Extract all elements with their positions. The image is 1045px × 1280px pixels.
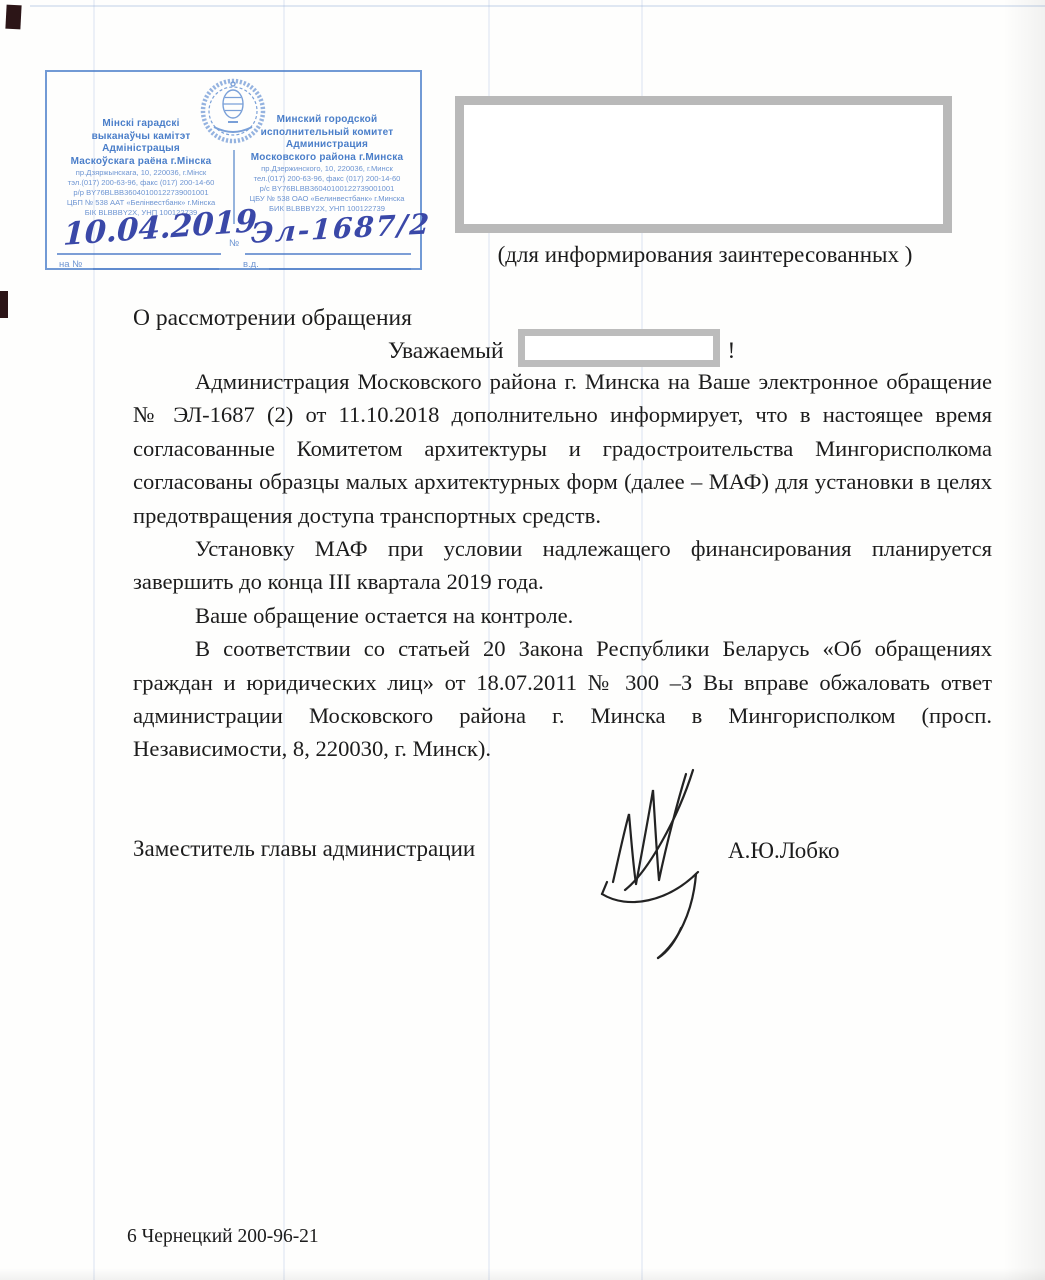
org-address-line: пр.Дзяржынскага, 10, 220036, г.Мінск (51, 168, 231, 178)
org-name-line: Минский городской (237, 114, 417, 127)
letterhead-stamp: Мінскі гарадскі выканаўчы камітэт Адміні… (45, 70, 422, 270)
salutation-prefix: Уважаемый (388, 338, 504, 364)
letter-body: Администрация Московского района г. Минс… (133, 365, 992, 766)
org-name-line: Администрация (237, 139, 417, 152)
org-name-line: Мінскі гарадскі (51, 118, 231, 131)
number-sign-label: № (229, 238, 239, 249)
subject-line: О рассмотрении обращения (133, 305, 412, 332)
incoming-ref-label: на № (59, 259, 82, 270)
org-name-line: выканаўчы камітэт (51, 131, 231, 144)
signer-position-title: Заместитель главы администрации (133, 836, 475, 862)
org-phone-line: тэл.(017) 200-63-96, факс (017) 200-14-6… (51, 178, 231, 188)
vd-underline (269, 268, 411, 270)
signer-name: А.Ю.Лобко (728, 838, 840, 864)
scan-artifact-corner-mark (5, 5, 21, 30)
org-bank-line: ЦБУ № 538 ОАО «Белинвестбанк» г.Минска (237, 194, 417, 204)
scan-artifact-edge-mark (0, 291, 8, 318)
paragraph: Ваше обращение остается на контроле. (133, 599, 992, 632)
incoming-ref-underline (93, 268, 219, 270)
org-account-line: р/р BY76BLBB36040100122739001001 (51, 188, 231, 198)
redacted-address-box (455, 96, 952, 233)
paragraph: Установку МАФ при условии надлежащего фи… (133, 532, 992, 599)
org-phone-line: тел.(017) 200-63-96, факс (017) 200-14-6… (237, 174, 417, 184)
vd-label: в.д. (243, 259, 259, 270)
number-underline (245, 253, 411, 255)
recipient-note: (для информирования заинтересованных ) (450, 242, 960, 268)
scanned-letter-page: Мінскі гарадскі выканаўчы камітэт Адміні… (0, 0, 1045, 1280)
redacted-name-box (518, 329, 720, 367)
scan-edge-shading (0, 1268, 1045, 1280)
letterhead-right-column: Минский городской исполнительный комитет… (237, 114, 417, 214)
salutation-line: Уважаемый! (133, 329, 993, 367)
paragraph: В соответствии со статьей 20 Закона Респ… (133, 632, 992, 766)
org-name-line: Маскоўскага раёна г.Мінска (51, 156, 231, 169)
salutation-suffix: ! (728, 338, 736, 364)
paragraph: Администрация Московского района г. Минс… (133, 365, 992, 532)
org-name-line: исполнительный комитет (237, 127, 417, 140)
date-underline (57, 253, 221, 255)
scan-edge-shading (1003, 0, 1045, 1280)
executor-footer: 6 Чернецкий 200-96-21 (127, 1226, 319, 1248)
scan-artifact-top-line (30, 5, 1045, 7)
org-account-line: р/с BY76BLBB36040100122739001001 (237, 184, 417, 194)
handwritten-signature (596, 760, 726, 972)
letterhead-left-column: Мінскі гарадскі выканаўчы камітэт Адміні… (51, 118, 231, 218)
org-name-line: Адміністрацыя (51, 143, 231, 156)
org-address-line: пр.Дзержинского, 10, 220036, г.Минск (237, 164, 417, 174)
org-name-line: Московского района г.Минска (237, 152, 417, 165)
